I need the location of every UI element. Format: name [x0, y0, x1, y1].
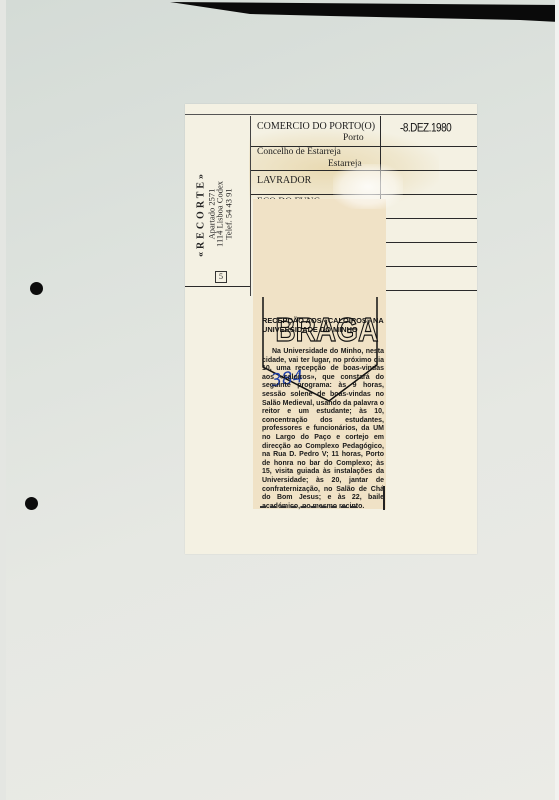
agency-phone: Telef. 54 43 91 — [224, 171, 233, 257]
row-rule-5 — [385, 242, 477, 243]
stamp-rule — [185, 286, 250, 287]
page-fold-shadow — [0, 0, 559, 22]
publication-name: COMERCIO DO PORTO(O) — [257, 121, 375, 132]
publication-name: Concelho de Estarreja — [257, 147, 341, 157]
page-edge — [555, 0, 559, 800]
top-rule — [185, 114, 477, 115]
binder-hole-bottom — [25, 497, 38, 510]
agency-name: «RECORTE» — [196, 171, 207, 257]
article-body: Na Universidade do Minho, nesta cidade, … — [262, 348, 384, 511]
box-number: 5 — [215, 271, 227, 283]
binder-hole-top — [30, 282, 43, 295]
date-stamp: -8.DEZ.1980 — [400, 122, 451, 135]
clipping-bottom-rule — [260, 506, 357, 508]
clipping-card: «RECORTE» Apartado 2571 1114 Lisboa Code… — [185, 104, 477, 554]
row-rule-4 — [385, 218, 477, 219]
publication-city: Porto — [343, 133, 364, 143]
agency-stamp: «RECORTE» Apartado 2571 1114 Lisboa Code… — [187, 139, 242, 289]
row-rule-7 — [385, 290, 477, 291]
torn-area — [333, 164, 403, 209]
left-column-rule — [250, 116, 251, 296]
row-rule-6 — [385, 266, 477, 267]
clipping-edge-mark — [383, 486, 385, 510]
article-headline: RECEPÇÃO AOS «CALOIROS» NA UNIVERSIDADE … — [262, 317, 384, 334]
publication-name: LAVRADOR — [257, 175, 311, 186]
